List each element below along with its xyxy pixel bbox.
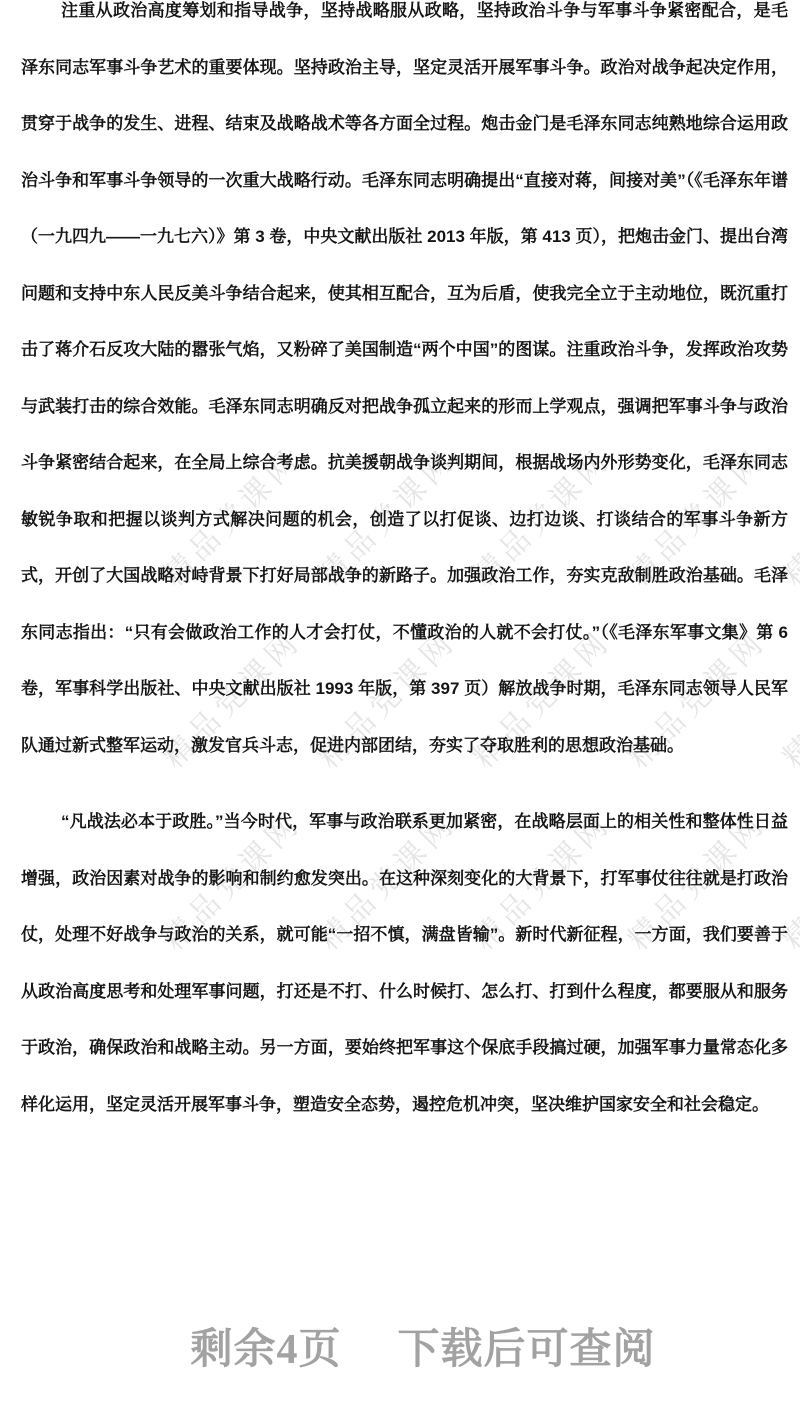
document-body: 注重从政治高度筹划和指导战争，坚持战略服从政略，坚持政治斗争与军事斗争紧密配合，… [21, 0, 788, 1133]
page-preview-footer: 剩余4页 下载后可查阅 [0, 1316, 800, 1376]
remaining-pages-label: 剩余4页 [190, 1316, 341, 1376]
document-page: { "page": { "background": "#ffffff", "te… [0, 0, 800, 1423]
paragraph-1: 注重从政治高度筹划和指导战争，坚持战略服从政略，坚持政治斗争与军事斗争紧密配合，… [21, 0, 788, 774]
download-hint-label: 下载后可查阅 [398, 1316, 656, 1376]
paragraph-2: “凡战法必本于政胜。”当今时代，军事与政治联系更加紧密，在战略层面上的相关性和整… [21, 794, 788, 1133]
